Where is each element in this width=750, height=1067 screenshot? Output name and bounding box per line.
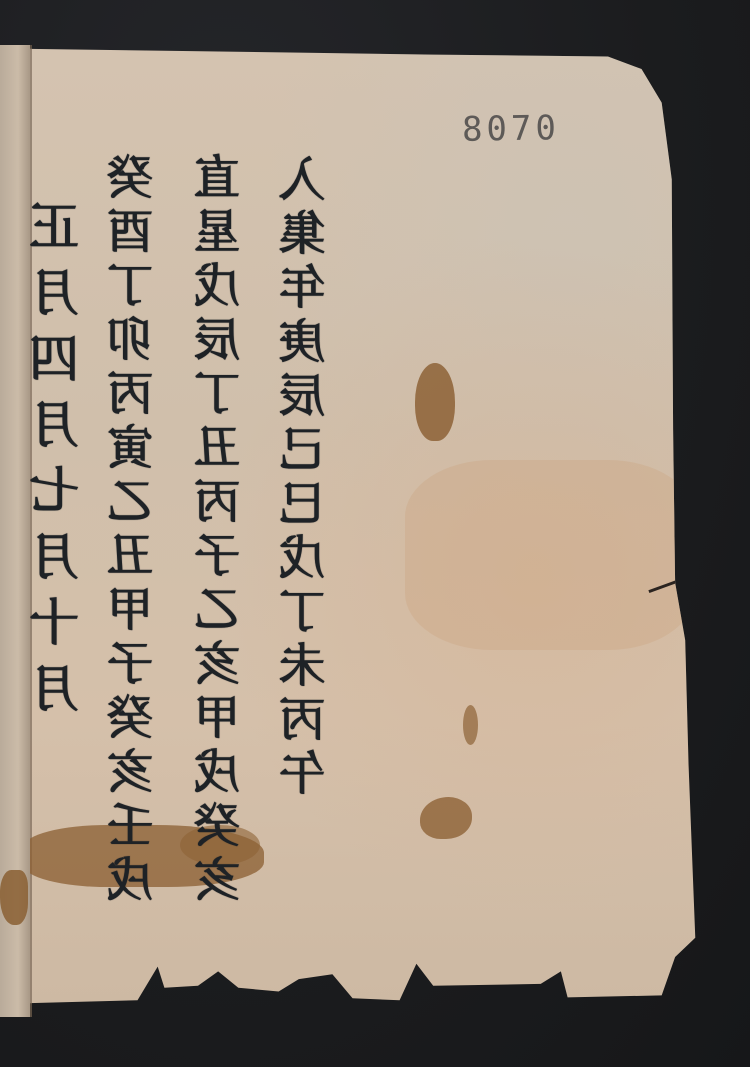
text-column-4: 正月四月七月十月 [33,200,83,728]
adjacent-page-edge [0,45,32,1017]
text-column-2: 直星戊辰丁丑丙子乙亥甲戌癸亥 [197,153,243,909]
ink-stain [420,797,472,839]
text-column-3: 癸酉丁卯丙寅乙丑甲子癸亥壬戌 [110,153,156,909]
serial-number: 8070 [462,108,561,150]
water-stain [0,870,28,925]
discoloration [405,460,695,650]
ink-stain [415,363,455,441]
ink-stain [463,705,478,745]
manuscript-page: 8070 入集年庚辰己巳戊丁未丙午 直星戊辰丁丑丙子乙亥甲戌癸亥 癸酉丁卯丙寅乙… [30,45,702,1005]
text-column-1: 入集年庚辰己巳戊丁未丙午 [282,155,328,803]
